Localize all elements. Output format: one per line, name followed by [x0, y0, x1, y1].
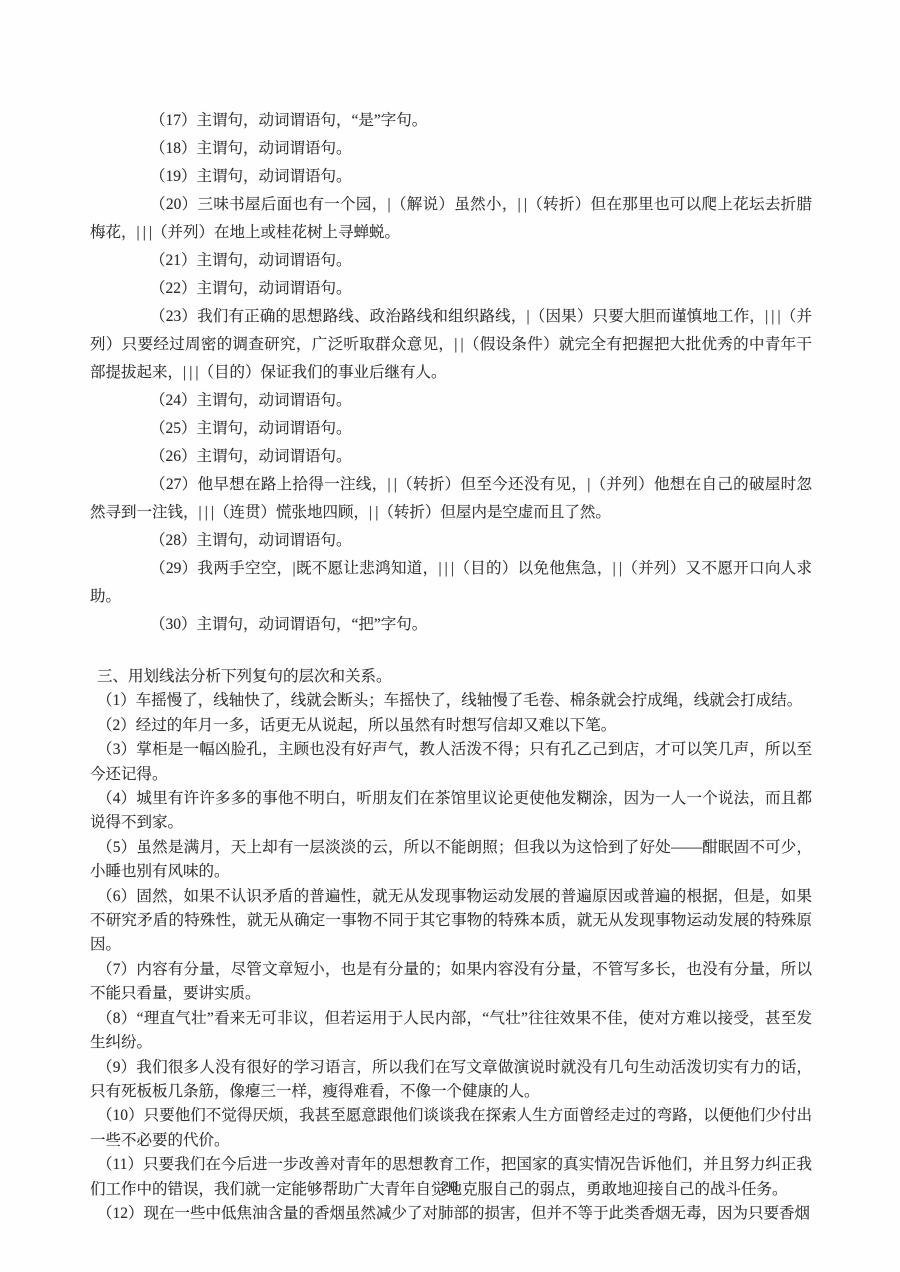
- scanned-document-page: （17）主谓句，动词谓语句，“是”字句。（18）主谓句，动词谓语句。（19）主谓…: [0, 0, 900, 1272]
- answer-item: （28）主谓句，动词谓语句。: [90, 527, 812, 555]
- answer-list-items-17-30: （17）主谓句，动词谓语句，“是”字句。（18）主谓句，动词谓语句。（19）主谓…: [90, 0, 812, 639]
- answer-item: （18）主谓句，动词谓语句。: [90, 135, 812, 163]
- answer-item: （24）主谓句，动词谓语句。: [90, 387, 812, 415]
- exercise-item: （6）固然，如果不认识矛盾的普遍性，就无从发现事物运动发展的普遍原因或普遍的根据…: [90, 885, 812, 958]
- answer-item: （17）主谓句，动词谓语句，“是”字句。: [90, 107, 812, 135]
- exercise-item: （10）只要他们不觉得厌烦，我甚至愿意跟他们谈谈我在探索人生方面曾经走过的弯路，…: [90, 1104, 812, 1153]
- section-heading: 三、用划线法分析下列复句的层次和关系。: [90, 665, 812, 689]
- answer-item: （29）我两手空空，|既不愿让悲鸿知道，| | |（目的）以免他焦急，| |（并…: [90, 555, 812, 611]
- page-content: （17）主谓句，动词谓语句，“是”字句。（18）主谓句，动词谓语句。（19）主谓…: [90, 0, 812, 1226]
- exercise-item: （1）车摇慢了，线轴快了，线就会断头；车摇快了，线轴慢了毛卷、棉条就会拧成绳，线…: [90, 689, 812, 713]
- answer-item: （26）主谓句，动词谓语句。: [90, 443, 812, 471]
- answer-item: （19）主谓句，动词谓语句。: [90, 163, 812, 191]
- exercise-item: （9）我们很多人没有很好的学习语言，所以我们在写文章做演说时就没有几句生动活泼切…: [90, 1056, 812, 1105]
- answer-item: （27）他早想在路上拾得一注线，| |（转折）但至今还没有见，|（并列）他想在自…: [90, 471, 812, 527]
- exercise-section-three: 三、用划线法分析下列复句的层次和关系。 （1）车摇慢了，线轴快了，线就会断头；车…: [90, 665, 812, 1226]
- exercise-item-list: （1）车摇慢了，线轴快了，线就会断头；车摇快了，线轴慢了毛卷、棉条就会拧成绳，线…: [90, 689, 812, 1226]
- page-number: 20: [0, 1179, 900, 1196]
- exercise-item: （12）现在一些中低焦油含量的香烟虽然减少了对肺部的损害，但并不等于此类香烟无毒…: [90, 1202, 812, 1226]
- answer-item: （21）主谓句，动词谓语句。: [90, 247, 812, 275]
- answer-item: （30）主谓句，动词谓语句，“把”字句。: [90, 611, 812, 639]
- answer-item: （23）我们有正确的思想路线、政治路线和组织路线，|（因果）只要大胆而谨慎地工作…: [90, 303, 812, 387]
- exercise-item: （3）掌柜是一幅凶脸孔，主顾也没有好声气，教人活泼不得；只有孔乙己到店，才可以笑…: [90, 738, 812, 787]
- answer-item: （25）主谓句，动词谓语句。: [90, 415, 812, 443]
- exercise-item: （8）“理直气壮”看来无可非议，但若运用于人民内部，“气壮”往往效果不佳，使对方…: [90, 1007, 812, 1056]
- exercise-item: （7）内容有分量，尽管文章短小，也是有分量的；如果内容没有分量，不管写多长，也没…: [90, 958, 812, 1007]
- exercise-item: （2）经过的年月一多，话更无从说起，所以虽然有时想写信却又难以下笔。: [90, 714, 812, 738]
- answer-item: （22）主谓句，动词谓语句。: [90, 275, 812, 303]
- answer-item: （20）三味书屋后面也有一个园，|（解说）虽然小，| |（转折）但在那里也可以爬…: [90, 191, 812, 247]
- exercise-item: （4）城里有许许多多的事他不明白，听朋友们在茶馆里议论更使他发糊涂，因为一人一个…: [90, 787, 812, 836]
- exercise-item: （5）虽然是满月，天上却有一层淡淡的云，所以不能朗照；但我以为这恰到了好处——酣…: [90, 836, 812, 885]
